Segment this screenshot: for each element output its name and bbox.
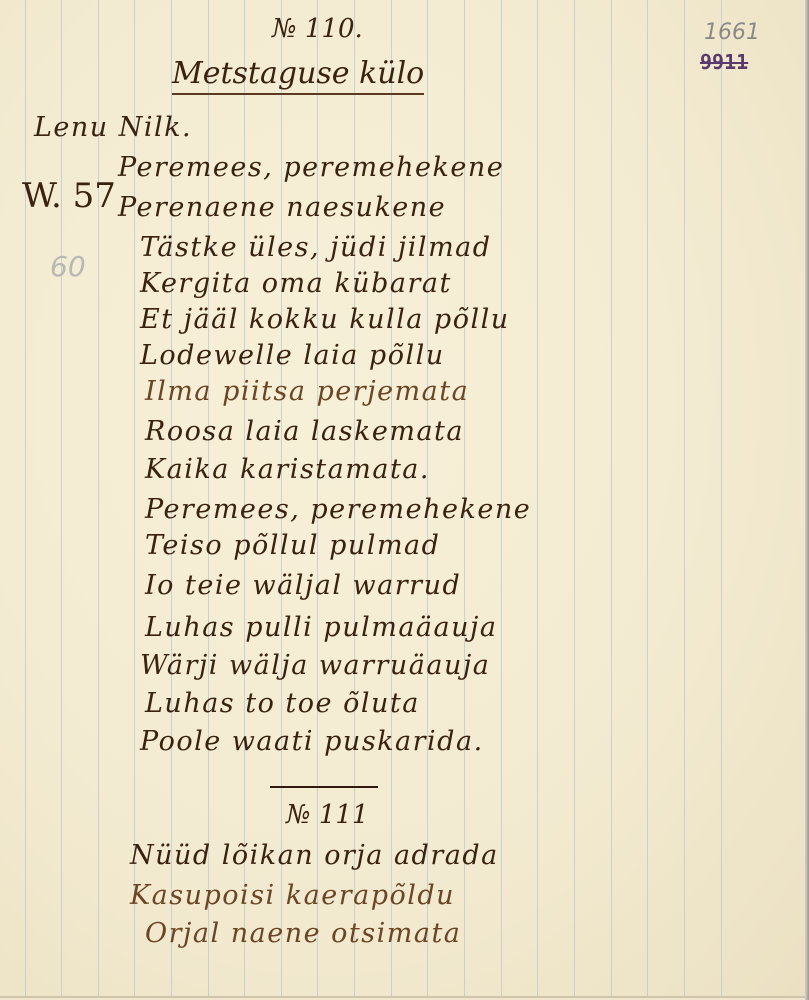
song-separator [270,786,378,788]
verse-line: Nüüd lõikan orja adrada [130,840,499,871]
archive-number-stamp: 9911 [700,50,748,74]
verse-line: Teiso põllul pulmad [145,530,440,561]
ruling-line [61,0,62,998]
verse-line: Kaika karistamata. [145,454,430,485]
verse-line: Peremees, peremehekene [118,152,504,183]
song-number: № 111 [286,800,369,830]
verse-line: Kasupoisi kaerapõldu [130,880,455,911]
ruling-line [98,0,99,998]
ruling-line [647,0,648,998]
verse-line: Roosa laia laskemata [145,416,464,447]
margin-reference: W. 57 [22,176,116,216]
page-right-edge [805,0,809,1000]
verse-line: Lodewelle laia põllu [140,340,445,371]
ruling-line [684,0,685,998]
singer-name: Lenu Nilk. [34,112,192,143]
verse-line: Et jääl kokku kulla põllu [140,304,510,335]
verse-line: Kergita oma kübarat [140,268,452,299]
verse-line: Ilma piitsa perjemata [145,376,469,407]
verse-line: Luhas to toe õluta [145,688,420,719]
ruling-line [574,0,575,998]
verse-line: Peremees, peremehekene [145,494,531,525]
verse-line: Luhas pulli pulmaäauja [145,612,497,643]
verse-line: Tästke üles, jüdi jilmad [140,232,492,263]
margin-pencil-note: 60 [50,250,86,283]
ruling-line [537,0,538,998]
song-number: № 110. [272,14,363,44]
page-bottom-edge [0,996,805,998]
ruling-line [721,0,722,998]
verse-line: Perenaene naesukene [118,192,446,223]
ruling-line [611,0,612,998]
archive-number-pencil: 1661 [704,20,760,45]
song-title: Metstaguse külo [172,56,424,95]
verse-line: Poole waati puskarida. [140,726,484,757]
verse-line: Orjal naene otsimata [145,918,461,949]
manuscript-page: 1661 9911 № 110. Metstaguse külo Lenu Ni… [0,0,805,998]
ruling-line [25,0,26,998]
verse-line: Io teie wäljal warrud [145,570,461,601]
verse-line: Wärji wälja warruäauja [140,650,490,681]
